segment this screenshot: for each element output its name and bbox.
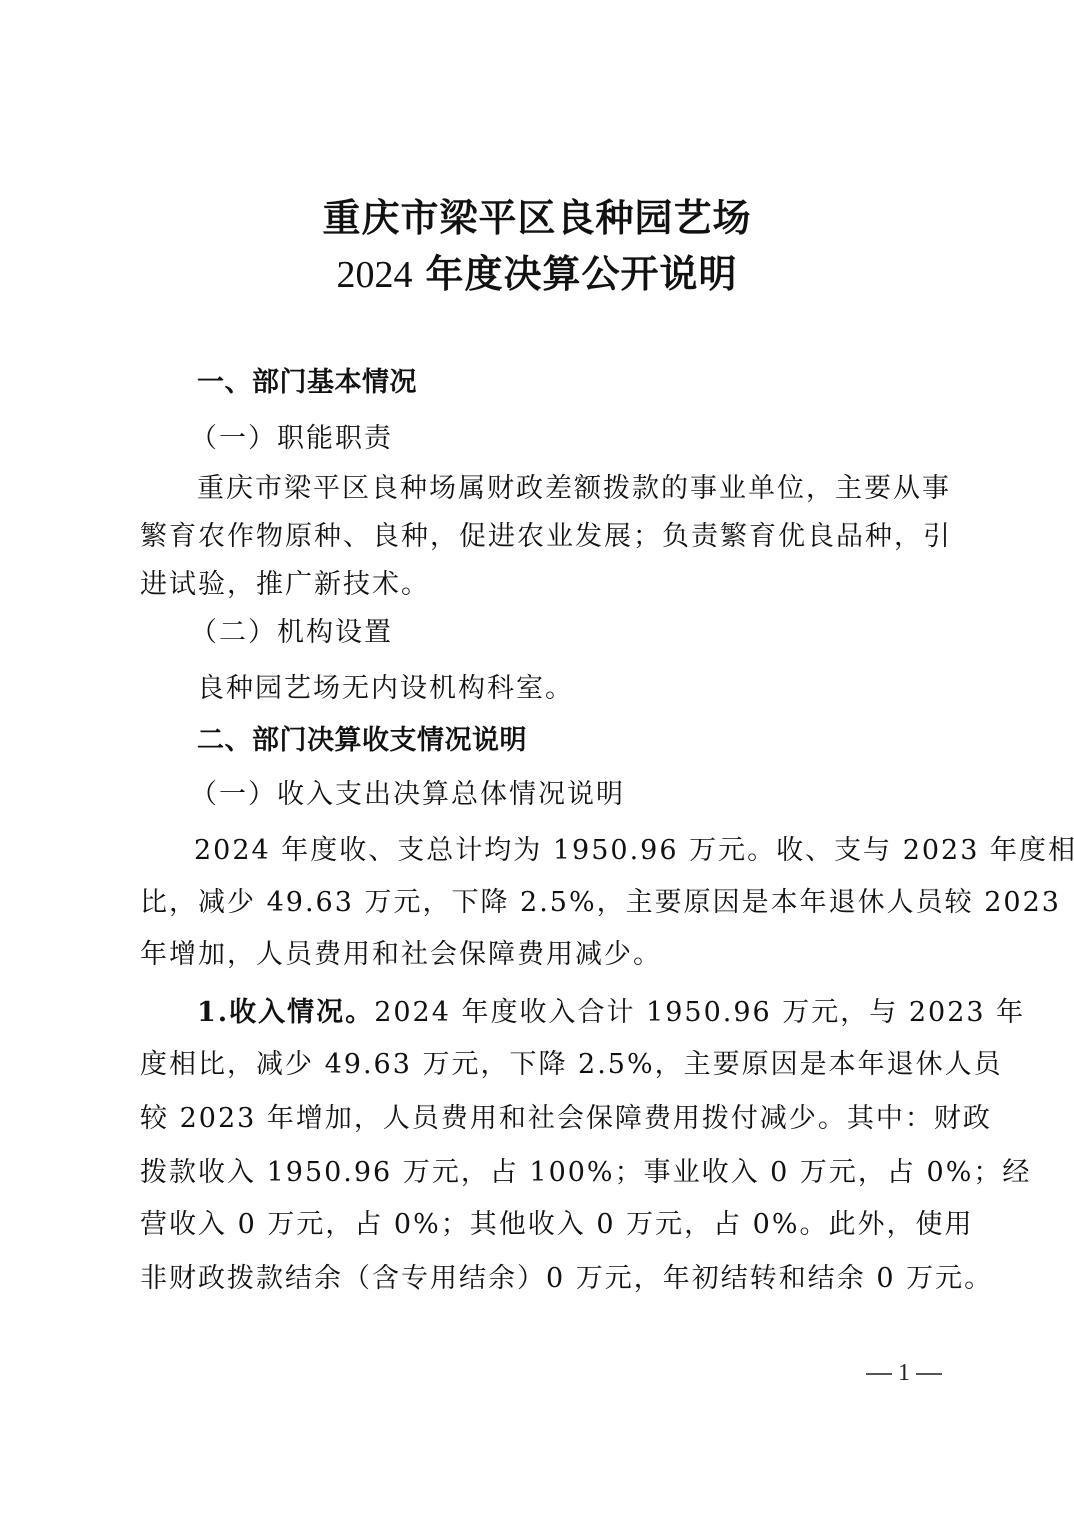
- document-title-line1: 重庆市梁平区良种园艺场: [0, 196, 1074, 240]
- income-body-line2: 度相比，减少 49.63 万元，下降 2.5%，主要原因是本年退休人员: [140, 1048, 936, 1082]
- document-title-line2: 2024 年度决算公开说明: [0, 252, 1074, 297]
- income-body-line3: 较 2023 年增加，人员费用和社会保障费用拨付减少。其中：财政: [140, 1102, 936, 1136]
- income-body-line4: 拨款收入 1950.96 万元，占 100%；事业收入 0 万元，占 0%；经: [140, 1156, 936, 1190]
- section-heading-budget: 二、部门决算收支情况说明: [197, 724, 993, 758]
- overall-body-line3: 年增加，人员费用和社会保障费用减少。: [140, 938, 936, 972]
- income-text-1: 2024 年度收入合计 1950.96 万元，与 2023 年: [374, 997, 1025, 1028]
- title-rest: 年度决算公开说明: [426, 251, 738, 296]
- organization-body: 良种园艺场无内设机构科室。: [197, 672, 993, 706]
- functions-body-line1: 重庆市梁平区良种场属财政差额拨款的事业单位，主要从事: [197, 472, 936, 506]
- overall-body-line1: 2024 年度收、支总计均为 1950.96 万元。收、支与 2023 年度相: [194, 834, 936, 868]
- document-page: 重庆市梁平区良种园艺场 2024 年度决算公开说明 一、部门基本情况 （一）职能…: [0, 0, 1074, 1520]
- income-body-line6: 非财政拨款结余（含专用结余）0 万元，年初结转和结余 0 万元。: [140, 1262, 936, 1296]
- footer-dash-right: [916, 1373, 942, 1375]
- title-year: 2024: [336, 254, 412, 296]
- footer-dash-left: [866, 1373, 892, 1375]
- income-label: 1.收入情况。: [197, 997, 374, 1028]
- section-heading-basic-info: 一、部门基本情况: [197, 366, 993, 400]
- functions-body-line3: 进试验，推广新技术。: [140, 568, 936, 602]
- overall-body-line2: 比，减少 49.63 万元，下降 2.5%，主要原因是本年退休人员较 2023: [140, 886, 936, 920]
- functions-body-line2: 繁育农作物原种、良种，促进农业发展；负责繁育优良品种，引: [140, 520, 936, 554]
- subheading-overall: （一）收入支出决算总体情况说明: [190, 778, 986, 812]
- income-body-line1: 1.收入情况。2024 年度收入合计 1950.96 万元，与 2023 年: [197, 996, 936, 1030]
- income-body-line5: 营收入 0 万元，占 0%；其他收入 0 万元，占 0%。此外，使用: [140, 1208, 936, 1242]
- subheading-organization: （二）机构设置: [190, 616, 986, 650]
- subheading-functions: （一）职能职责: [190, 422, 986, 456]
- page-footer: 1: [860, 1360, 948, 1387]
- page-number: 1: [898, 1360, 910, 1386]
